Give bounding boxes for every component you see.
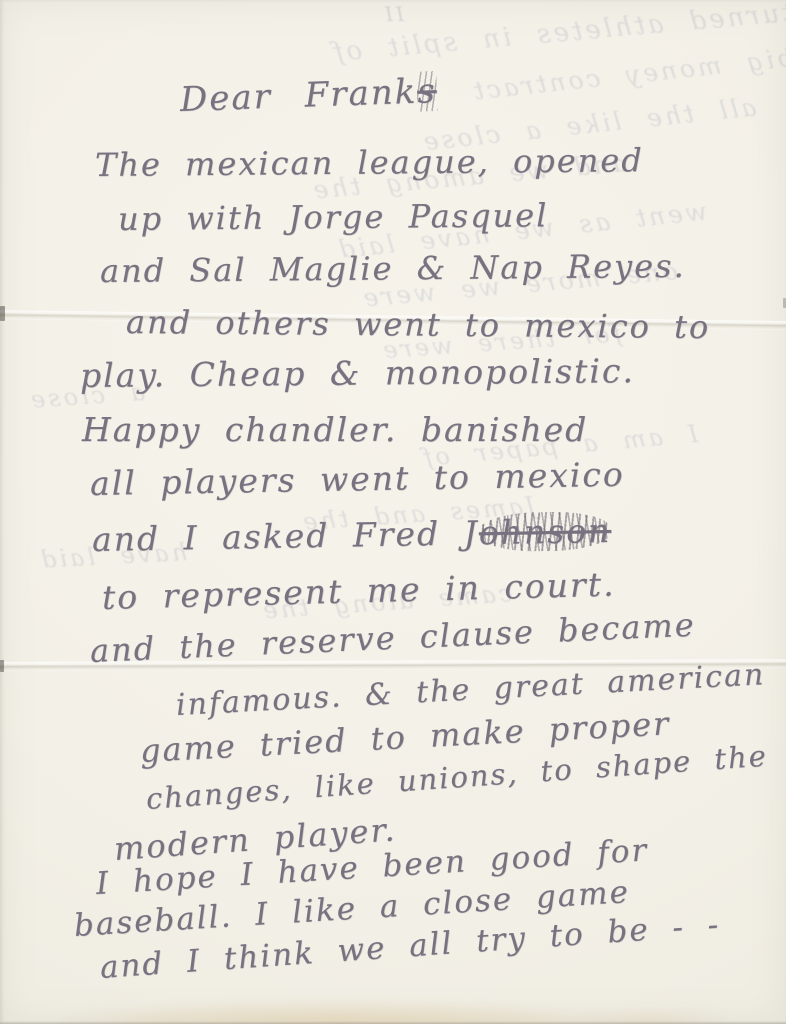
letter-line: play. Cheap & monopolistic. (80, 351, 635, 395)
letter-line: Happy chandler. banished (82, 410, 588, 449)
scanned-letter-page: { "page": { "kind": "handwritten-letter-… (0, 0, 786, 1024)
left-edge-nick (0, 306, 5, 321)
salutation-struck-letter: s (416, 71, 437, 112)
left-edge-nick (0, 660, 4, 672)
letter-line-text: and I asked Fred J (92, 513, 479, 559)
letter-line: and others went to mexico to (126, 303, 711, 346)
letter-line: and Sal Maglie & Nap Reyes. (100, 247, 686, 290)
letter-line: up with Jorge Pasquel (118, 196, 549, 238)
scribbled-out-word: ohnson (478, 511, 611, 552)
letter-line: The mexican league, opened (95, 141, 644, 184)
salutation-text: Dear Frank (179, 72, 418, 120)
bleed-through-page-numeral: II (382, 2, 404, 26)
